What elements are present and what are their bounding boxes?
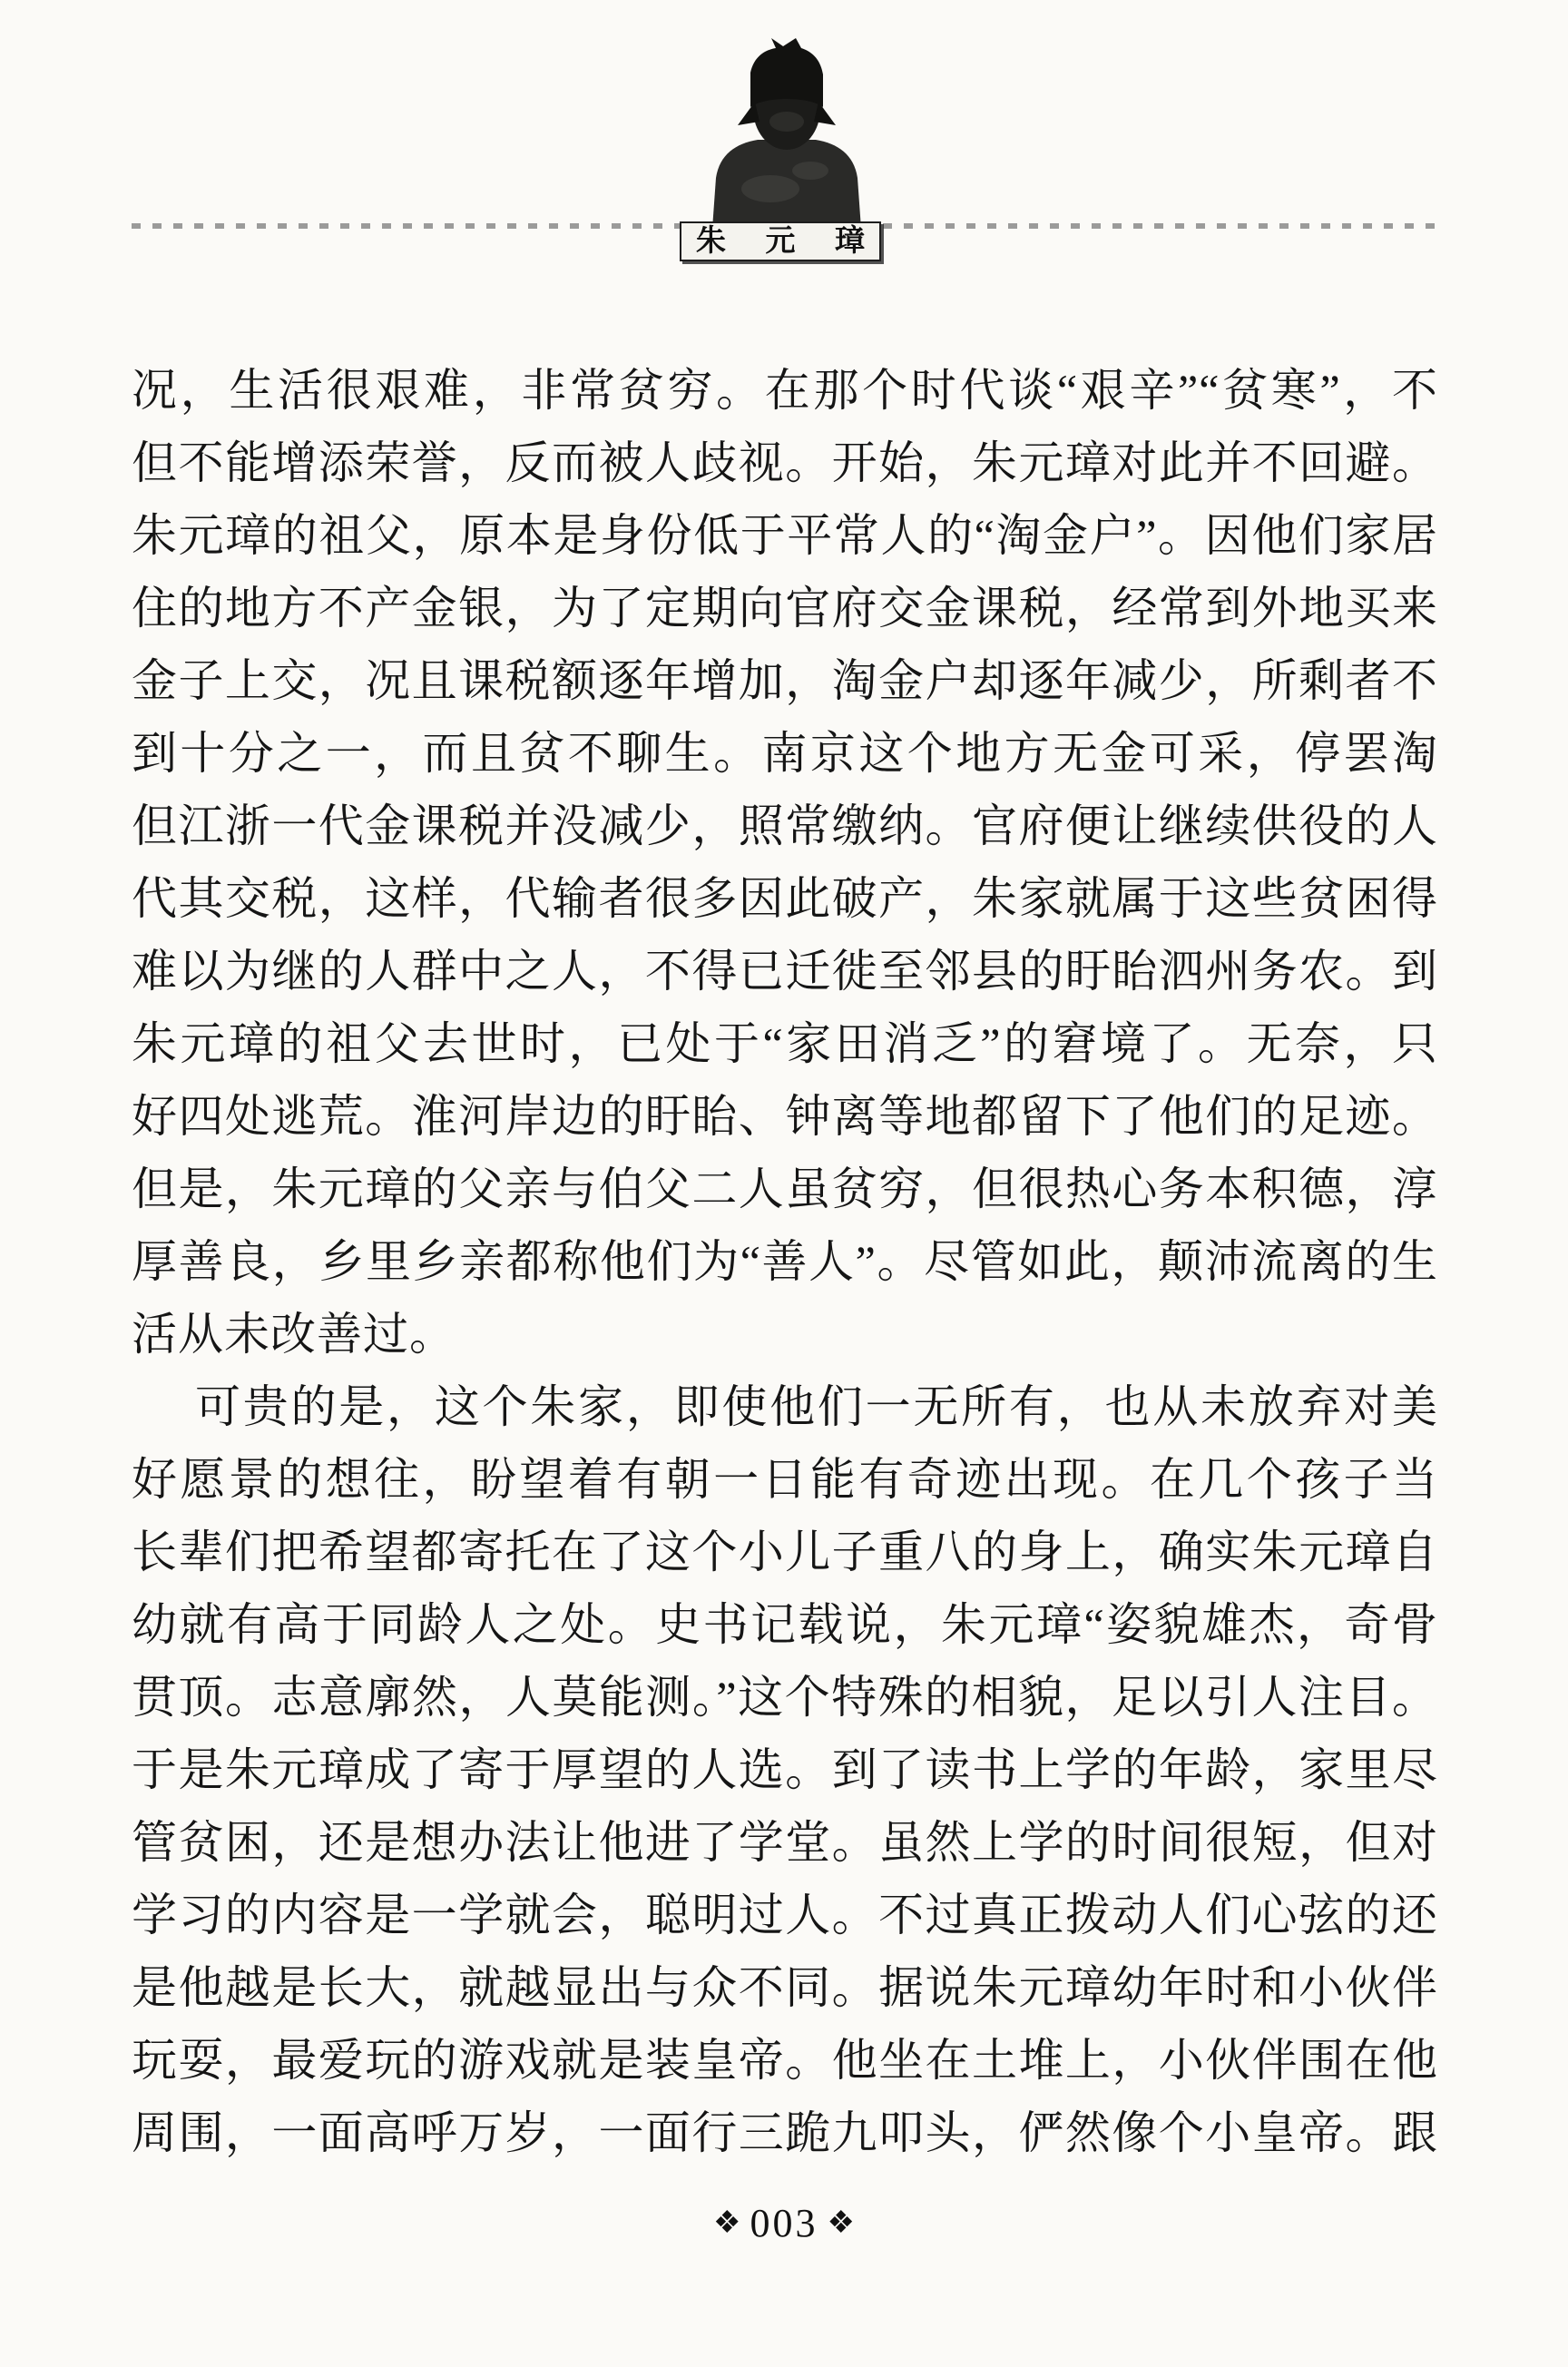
text-line: 是他越是长大，就越显出与众不同。据说朱元璋幼年时和小伙伴	[132, 1951, 1438, 2024]
body-text: 况，生活很艰难，非常贫穷。在那个时代谈“艰辛”“贫寒”，不但不能增添荣誉，反而被…	[132, 354, 1438, 2169]
text-line: 朱元璋的祖父去世时，已处于“家田消乏”的窘境了。无奈，只	[132, 1007, 1438, 1080]
book-page: 朱 元 璋 况，生活很艰难，非常贫穷。在那个时代谈“艰辛”“贫寒”，不但不能增添…	[0, 0, 1568, 2367]
text-line: 厚善良，乡里乡亲都称他们为“善人”。尽管如此，颠沛流离的生	[132, 1225, 1438, 1298]
text-line: 但是，朱元璋的父亲与伯父二人虽贫穷，但很热心务本积德，淳	[132, 1153, 1438, 1225]
text-line: 代其交税，这样，代输者很多因此破产，朱家就属于这些贫困得	[132, 862, 1438, 935]
text-line: 长辈们把希望都寄托在了这个小儿子重八的身上，确实朱元璋自	[132, 1516, 1438, 1588]
footer-ornament-right-icon: ❖	[828, 2208, 855, 2239]
text-line: 管贫困，还是想办法让他进了学堂。虽然上学的时间很短，但对	[132, 1806, 1438, 1879]
page-number: 003	[750, 2204, 818, 2244]
text-line: 好四处逃荒。淮河岸边的盱眙、钟离等地都留下了他们的足迹。	[132, 1080, 1438, 1153]
chapter-title-plate: 朱 元 璋	[680, 221, 881, 261]
text-line: 到十分之一，而且贫不聊生。南京这个地方无金可采，停罢淘金，	[132, 717, 1438, 790]
text-line: 可贵的是，这个朱家，即使他们一无所有，也从未放弃对美	[132, 1370, 1438, 1443]
title-char-2: 元	[766, 227, 796, 257]
text-line: 好愿景的想往，盼望着有朝一日能有奇迹出现。在几个孩子当中，	[132, 1443, 1438, 1516]
text-line: 玩耍，最爱玩的游戏就是装皇帝。他坐在土堆上，小伙伴围在他	[132, 2024, 1438, 2097]
text-line: 住的地方不产金银，为了定期向官府交金课税，经常到外地买来	[132, 572, 1438, 644]
title-char-3: 璋	[835, 227, 865, 257]
title-char-1: 朱	[696, 227, 726, 257]
text-line: 幼就有高于同龄人之处。史书记载说，朱元璋“姿貌雄杰，奇骨	[132, 1588, 1438, 1661]
text-line: 金子上交，况且课税额逐年增加，淘金户却逐年减少，所剩者不	[132, 644, 1438, 717]
text-line: 难以为继的人群中之人，不得已迁徙至邻县的盱眙泗州务农。到	[132, 935, 1438, 1007]
page-footer: ❖ 003 ❖	[0, 2192, 1568, 2255]
text-line: 况，生活很艰难，非常贫穷。在那个时代谈“艰辛”“贫寒”，不	[132, 354, 1438, 427]
zhu-yuanzhang-portrait-silhouette-icon	[705, 36, 868, 229]
text-line: 贯顶。志意廓然，人莫能测。”这个特殊的相貌，足以引人注目。	[132, 1661, 1438, 1734]
text-line: 但江浙一代金课税并没减少，照常缴纳。官府便让继续供役的人	[132, 790, 1438, 862]
text-line: 周围，一面高呼万岁，一面行三跪九叩头，俨然像个小皇帝。跟	[132, 2097, 1438, 2169]
footer-ornament-left-icon: ❖	[713, 2208, 740, 2239]
text-line: 活从未改善过。	[132, 1298, 1438, 1370]
text-line: 学习的内容是一学就会，聪明过人。不过真正拨动人们心弦的还	[132, 1879, 1438, 1951]
text-line: 于是朱元璋成了寄于厚望的人选。到了读书上学的年龄，家里尽	[132, 1734, 1438, 1806]
text-line: 朱元璋的祖父，原本是身份低于平常人的“淘金户”。因他们家居	[132, 499, 1438, 572]
text-line: 但不能增添荣誉，反而被人歧视。开始，朱元璋对此并不回避。	[132, 427, 1438, 499]
